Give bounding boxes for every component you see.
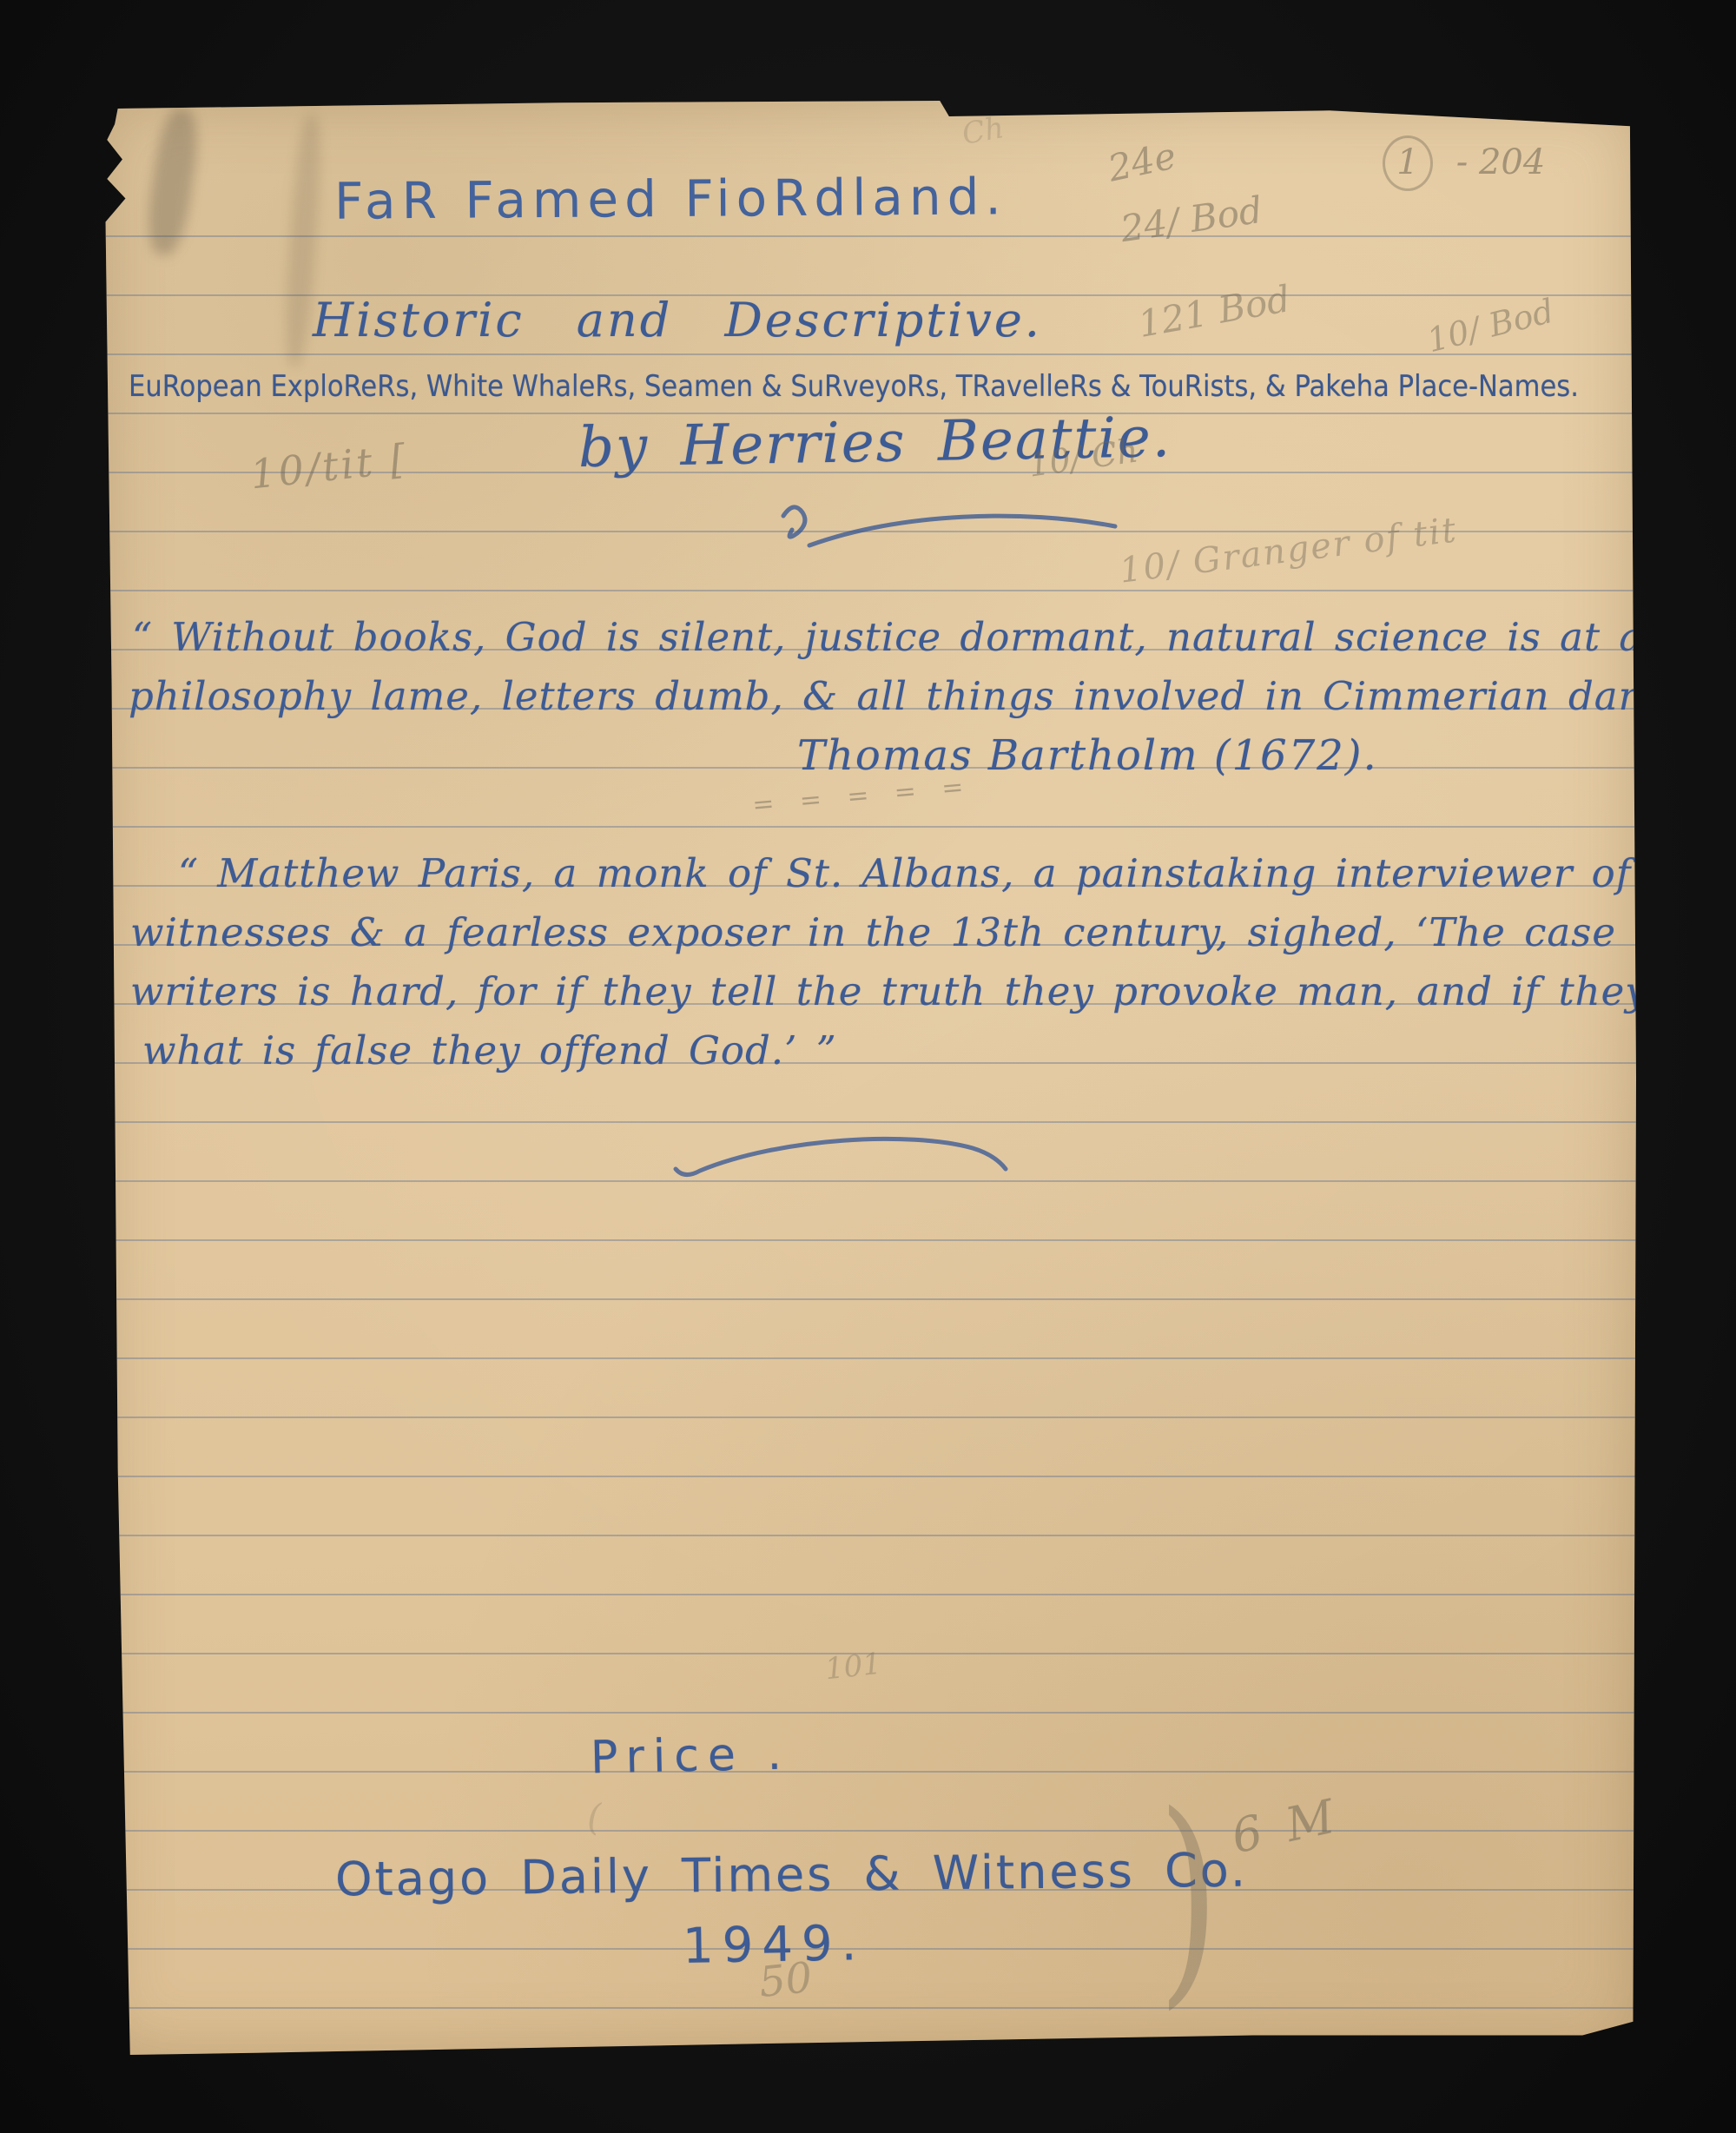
page-number-value: - 204 [1456,142,1546,182]
quote1-line2: philosophy lame, letters dumb, & all thi… [129,677,1736,716]
quote1-attribution: Thomas Bartholm (1672). [797,735,1378,776]
flourish-underline [667,1119,1032,1185]
quote2-line1: “ Matthew Paris, a monk of St. Albans, a… [178,854,1735,893]
pencil-price-note-1: 24e [1105,137,1178,187]
pencil-faint-paren: ( [587,1800,601,1836]
price-label: Price . [590,1732,790,1781]
quote2-line2: witnesses & a fearless exposer in the 13… [130,913,1736,952]
circled-number: 1 [1383,135,1433,191]
quote2-line4: what is false they offend God.’ ” [142,1031,837,1070]
quote1-line1: “ Without books, God is silent, justice … [132,617,1736,657]
page-subtitle: Historic and Descriptive. [313,297,1042,344]
pencil-bracket: ) [1158,1786,1219,2011]
scan-background: FaR Famed FioRdland. Ch 24e 24/ Bod 1 - … [0,0,1736,2133]
publisher-line: Otago Daily Times & Witness Co. [335,1846,1249,1903]
page-title: FaR Famed FioRdland. [334,171,1007,226]
pencil-page-number: 1 - 204 [1383,135,1545,191]
quote2-line3: writers is hard, for if they tell the tr… [130,972,1736,1011]
pencil-print-run: 50 [757,1957,815,2004]
subject-line: EuRopean ExploReRs, White WhaleRs, Seame… [129,372,1579,401]
pencil-note-faint-mid: 101 [823,1649,882,1685]
manuscript-page: FaR Famed FioRdland. Ch 24e 24/ Bod 1 - … [102,101,1636,2055]
flourish-underline [771,497,1127,559]
pencil-note-faint-top: Ch [960,113,1006,149]
